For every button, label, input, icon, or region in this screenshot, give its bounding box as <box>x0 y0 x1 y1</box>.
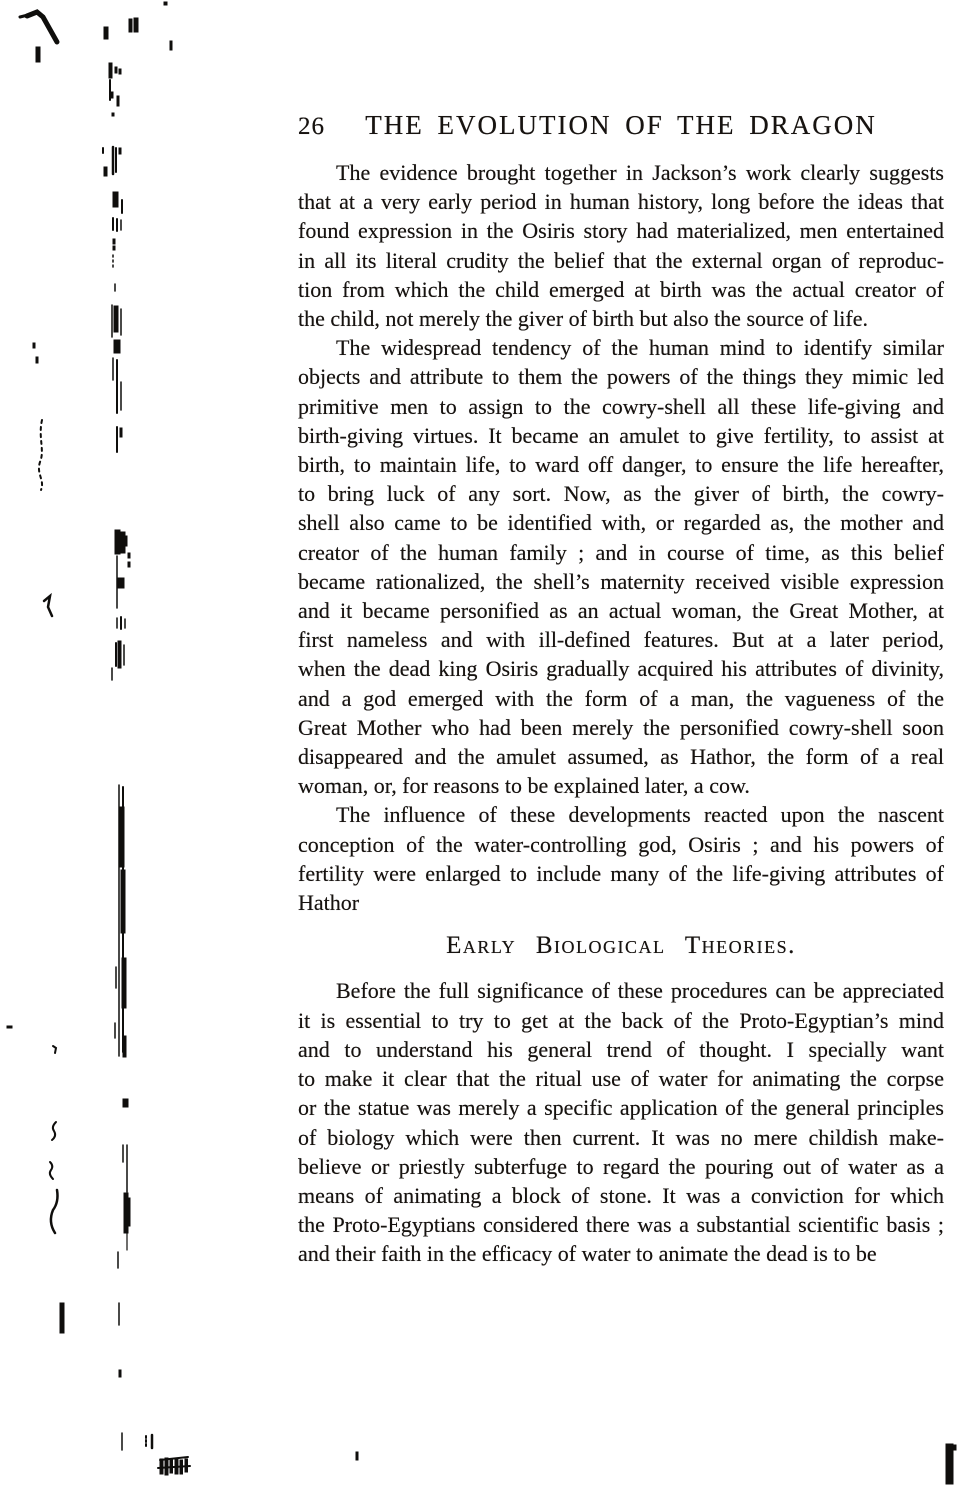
binding-crease-line <box>115 785 128 1107</box>
left-margin-binding-marks <box>103 65 122 452</box>
text-line: creator of the human family ; and in cou… <box>298 538 944 567</box>
paragraph: Before the full significance of these pr… <box>298 976 944 1268</box>
paragraph: The influence of these developments reac… <box>298 800 944 917</box>
text-line: birth, to maintain life, to ward off dan… <box>298 450 944 479</box>
text-line: believe or priestly subterfuge to regard… <box>298 1152 944 1181</box>
text-line: disappeared and the amulet assumed, as H… <box>298 742 944 771</box>
text-line: and their faith in the efficacy of water… <box>298 1239 944 1268</box>
text-line: woman, or, for reasons to be explained l… <box>298 771 944 800</box>
text-line: birth-giving virtues. It became an amule… <box>298 421 944 450</box>
text-line: means of animating a block of stone. It … <box>298 1181 944 1210</box>
scanner-edge-bar <box>946 1444 956 1484</box>
text-line: objects and attribute to them the powers… <box>298 362 944 391</box>
text-line: primitive men to assign to the cowry-she… <box>298 392 944 421</box>
text-line: The widespread tendency of the human min… <box>298 333 944 362</box>
text-line: to make it clear that the ritual use of … <box>298 1064 944 1093</box>
paragraph: The evidence brought together in Jackson… <box>298 158 944 333</box>
scanned-book-page: 26 THE EVOLUTION OF THE DRAGON The evide… <box>0 0 980 1492</box>
text-line: or the statue was merely a specific appl… <box>298 1093 944 1122</box>
page-number: 26 <box>298 113 325 141</box>
text-line: and to understand his general trend of t… <box>298 1035 944 1064</box>
text-line: found expression in the Osiris story had… <box>298 216 944 245</box>
text-line: became rationalized, the shell’s materni… <box>298 567 944 596</box>
text-line: of biology which were then current. It w… <box>298 1123 944 1152</box>
top-specks <box>104 2 172 98</box>
text-line: shell also came to be identified with, o… <box>298 508 944 537</box>
text-line: The evidence brought together in Jackson… <box>298 158 944 187</box>
bottom-edge-marks <box>122 1433 358 1475</box>
text-line: the child, not merely the giver of birth… <box>298 304 944 333</box>
text-line: that at a very early period in human his… <box>298 187 944 216</box>
section-heading: Early Biological Theories. <box>298 931 944 960</box>
text-line: Hathor <box>298 888 944 917</box>
text-line: Before the full significance of these pr… <box>298 976 944 1005</box>
text-line: it is essential to try to get at the bac… <box>298 1006 944 1035</box>
text-line: when the dead king Osiris gradually acqu… <box>298 654 944 683</box>
text-line: to bring luck of any sort. Now, as the g… <box>298 479 944 508</box>
text-line: and a god emerged with the form of a man… <box>298 684 944 713</box>
text-line: in all its literal crudity the belief th… <box>298 246 944 275</box>
text-line: and it became personified as an actual w… <box>298 596 944 625</box>
paragraph: The widespread tendency of the human min… <box>298 333 944 800</box>
text-line: Great Mother who had been merely the per… <box>298 713 944 742</box>
running-title: THE EVOLUTION OF THE DRAGON <box>298 110 944 141</box>
text-line: conception of the water-controlling god,… <box>298 830 944 859</box>
left-edge-squiggles <box>7 343 64 1333</box>
left-margin-cluster-mid <box>112 530 130 680</box>
left-margin-cluster-lower <box>118 1145 130 1377</box>
text-line: The influence of these developments reac… <box>298 800 944 829</box>
text-line: first nameless and with ill-defined feat… <box>298 625 944 654</box>
pen-stroke-mark <box>20 12 57 62</box>
text-line: fertility were enlarged to include many … <box>298 859 944 888</box>
text-line: the Proto-Egyptians considered there was… <box>298 1210 944 1239</box>
text-body: The evidence brought together in Jackson… <box>298 158 944 1269</box>
text-line: tion from which the child emerged at bir… <box>298 275 944 304</box>
running-head: 26 THE EVOLUTION OF THE DRAGON <box>298 110 944 146</box>
